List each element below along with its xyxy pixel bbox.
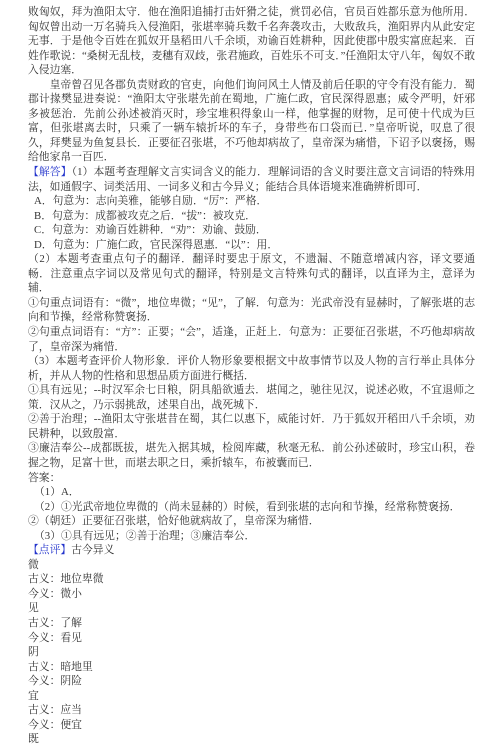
paragraph: ①具有远见；--时汉军余七日粮，阴具船欲遁去．堪闻之，驰往见汉，说述必败，不宜退… xyxy=(28,383,475,412)
paragraph: ③廉洁奉公--成都既拔，堪先入据其城，检阅库藏，秋毫无私．前公孙述破时，珍宝山积… xyxy=(28,441,475,470)
paragraph: 古义：了解 xyxy=(28,616,475,631)
paragraph: 见 xyxy=(28,601,475,616)
section-label: 【解答】 xyxy=(28,166,72,178)
paragraph: 既 xyxy=(28,732,475,747)
paragraph: ②善于治理；--渔阳太守张堪昔在蜀，其仁以惠下，威能讨奸．乃于狐奴开稻田八千余顷… xyxy=(28,412,475,441)
paragraph: ①句重点词语有：“微”，地位卑微；“见”，了解．句意为：光武帝没有显赫时，了解张… xyxy=(28,296,475,325)
paragraph: 宜 xyxy=(28,689,475,704)
paragraph: （3）①具有远见；②善于治理；③廉洁奉公． xyxy=(28,529,475,544)
paragraph: 微 xyxy=(28,558,475,573)
paragraph: D．句意为：广施仁政，官民深得恩惠．“以”：用． xyxy=(28,238,475,253)
paragraph: 阴 xyxy=(28,645,475,660)
paragraph: 今义：微小 xyxy=(28,587,475,602)
paragraph: ②（朝廷）正要征召张堪，恰好他就病故了，皇帝深为痛惜． xyxy=(28,514,475,529)
paragraph: 今义：便宜 xyxy=(28,718,475,733)
paragraph: （2）本题考查重点句子的翻译．翻译时要忠于原文，不遗漏、不随意增减内容，译文要通… xyxy=(28,252,475,296)
paragraph: C．句意为：劝谕百姓耕种．“劝”：劝谕、鼓励． xyxy=(28,223,475,238)
paragraph: 古义：暗地里 xyxy=(28,660,475,675)
paragraph: 答案： xyxy=(28,471,475,486)
paragraph: 古义：应当 xyxy=(28,703,475,718)
paragraph: 今义：看见 xyxy=(28,631,475,646)
paragraph: B．句意为：成都被攻克之后．“拔”：被攻克． xyxy=(28,209,475,224)
paragraph: 【点评】古今异义 xyxy=(28,543,475,558)
paragraph: ②句重点词语有：“方”：正要；“会”，适逢，正赶上．句意为：正要征召张堪，不巧他… xyxy=(28,325,475,354)
paragraph: （1）A． xyxy=(28,485,475,500)
paragraph: 古义：地位卑微 xyxy=(28,572,475,587)
paragraph: 败匈奴，拜为渔阳太守．他在渔阳追捕打击奸猾之徒，赏罚必信，官员百姓都乐意为他所用… xyxy=(28,5,475,78)
section-label: 【点评】 xyxy=(28,544,71,556)
paragraph: 今义：阴险 xyxy=(28,674,475,689)
paragraph: （3）本题考查评价人物形象．评价人物形象要根据文中故事情节以及人物的言行举止具体… xyxy=(28,354,475,383)
paragraph: 皇帝曾召见各郡负责财政的官吏，向他们询问风土人情及前后任职的守令有没有能力．蜀郡… xyxy=(28,78,475,165)
paragraph: （2）①光武帝地位卑微的（尚未显赫的）时候，看到张堪的志向和节操，经常称赞褒扬． xyxy=(28,500,475,515)
paragraph: 【解答】（1）本题考查理解文言实词含义的能力．理解词语的含义时要注意文言词语的特… xyxy=(28,165,475,194)
document-page: 败匈奴，拜为渔阳太守．他在渔阳追捕打击奸猾之徒，赏罚必信，官员百姓都乐意为他所用… xyxy=(0,0,500,752)
paragraph: A．句意为：志向美雅，能够自励．“厉”：严格． xyxy=(28,194,475,209)
document-content: 败匈奴，拜为渔阳太守．他在渔阳追捕打击奸猾之徒，赏罚必信，官员百姓都乐意为他所用… xyxy=(28,5,475,747)
